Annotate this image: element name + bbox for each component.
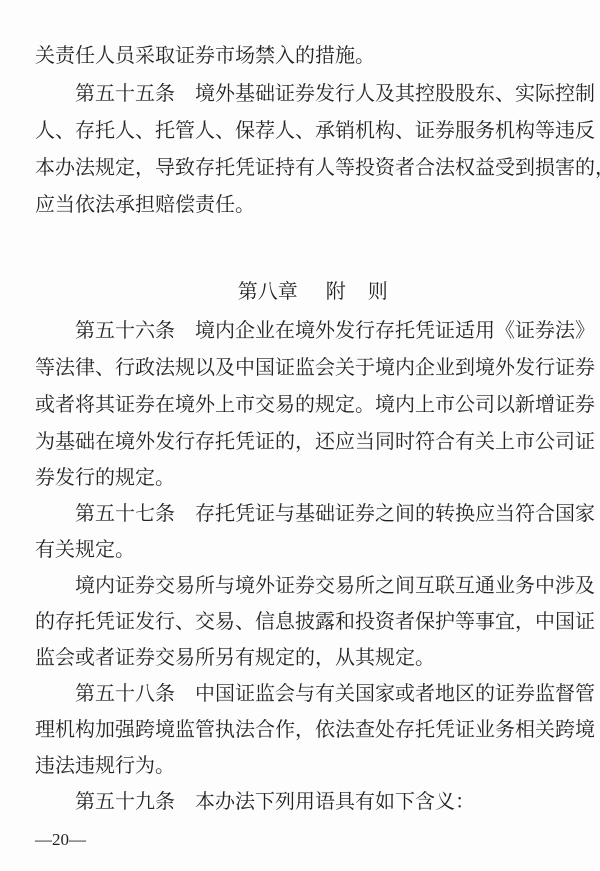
article-58-first-line: 第五十八条中国证监会与有关国家或者地区的证券监督管: [75, 679, 575, 707]
paragraph-line: 违法违规行为。: [35, 751, 575, 779]
document-page: 关责任人员采取证券市场禁入的措施。 第五十五条境外基础证券发行人及其控股股东、实…: [0, 0, 600, 871]
article-number: 第五十八条: [75, 679, 175, 707]
paragraph-text: 存托凭证与基础证券之间的转换应当符合国家: [195, 501, 595, 525]
article-number: 第五十五条: [75, 79, 175, 107]
chapter-number: 第八章: [238, 277, 298, 305]
paragraph-line: 应当依法承担赔偿责任。: [35, 190, 575, 218]
paragraph-line: 关责任人员采取证券市场禁入的措施。: [35, 41, 575, 69]
paragraph-line: 券发行的规定。: [35, 463, 575, 491]
paragraph-text: 中国证监会与有关国家或者地区的证券监督管: [195, 681, 595, 705]
paragraph-line: 等法律、行政法规以及中国证监会关于境内企业到境外发行证券: [35, 353, 575, 381]
chapter-title-char: 附: [326, 277, 346, 305]
paragraph-line: 监会或者证券交易所另有规定的，从其规定。: [35, 643, 575, 671]
chapter-title-char: 则: [368, 277, 388, 305]
article-number: 第五十七条: [75, 499, 175, 527]
article-57-first-line: 第五十七条存托凭证与基础证券之间的转换应当符合国家: [75, 499, 575, 527]
paragraph-line: 或者将其证券在境外上市交易的规定。境内上市公司以新增证券: [35, 390, 575, 418]
article-56-first-line: 第五十六条境内企业在境外发行存托凭证适用《证券法》: [75, 316, 575, 344]
paragraph-line: 境内证券交易所与境外证券交易所之间互联互通业务中涉及: [75, 571, 575, 599]
paragraph-line: 本办法规定，导致存托凭证持有人等投资者合法权益受到损害的，: [35, 153, 575, 181]
page-number: —20—: [35, 828, 86, 852]
paragraph-line: 人、存托人、托管人、保荐人、承销机构、证券服务机构等违反: [35, 116, 575, 144]
paragraph-text: 本办法下列用语具有如下含义：: [195, 789, 475, 813]
paragraph-text: 境外基础证券发行人及其控股股东、实际控制: [195, 81, 595, 105]
paragraph-line: 的存托凭证发行、交易、信息披露和投资者保护等事宜，中国证: [35, 607, 575, 635]
article-number: 第五十六条: [75, 316, 175, 344]
paragraph-line: 为基础在境外发行存托凭证的，还应当同时符合有关上市公司证: [35, 427, 575, 455]
article-number: 第五十九条: [75, 787, 175, 815]
article-59-first-line: 第五十九条本办法下列用语具有如下含义：: [75, 787, 575, 815]
paragraph-line: 理机构加强跨境监管执法合作，依法查处存托凭证业务相关跨境: [35, 715, 575, 743]
article-55-first-line: 第五十五条境外基础证券发行人及其控股股东、实际控制: [75, 79, 575, 107]
paragraph-line: 有关规定。: [35, 535, 575, 563]
paragraph-text: 境内企业在境外发行存托凭证适用《证券法》: [195, 318, 595, 342]
